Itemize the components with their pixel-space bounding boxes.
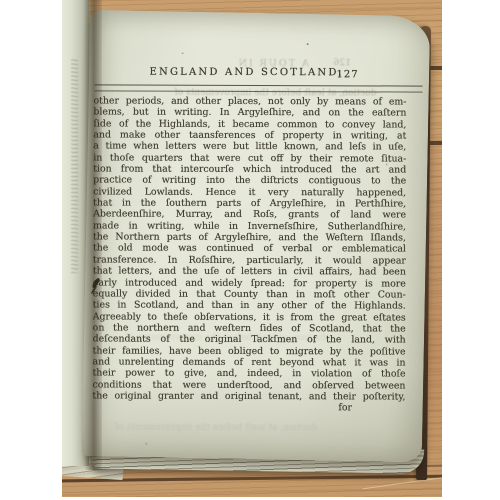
bleedthrough-line: duction, at leaſt before the improvement…: [115, 423, 317, 434]
body-line: practice of writing into the diſtricts c…: [93, 175, 406, 187]
ink-speck: [182, 53, 184, 54]
book-page: A TOUR IN 126 duction, at leaſt before t…: [82, 10, 430, 462]
body-line: blems, but in writing. In Argyleſhire, a…: [93, 107, 406, 119]
ink-speck: [307, 43, 309, 45]
double-rule: [95, 84, 423, 92]
body-line: the original granter and original tenant…: [92, 390, 405, 402]
body-line: that letters, and the uſe of letters in …: [93, 266, 406, 278]
running-title: ENGLAND AND SCOTLAND.: [147, 67, 347, 79]
body-line: Aberdeenſhire, Murray, and Roſs, grants …: [93, 209, 406, 221]
body-line: the old mode was continued of verbal or …: [93, 243, 406, 255]
page-number: 127: [337, 69, 359, 80]
body-line: early introduced and widely ſpread: for …: [93, 277, 406, 289]
book-gutter-shadow: [84, 0, 102, 470]
body-line: ties in Scotland, and than in any other …: [93, 300, 406, 312]
book-photo: A TOUR IN 126 duction, at leaſt before t…: [62, 0, 442, 497]
body-text: other periods, and other places, not onl…: [92, 95, 406, 414]
photo-canvas: A TOUR IN 126 duction, at leaſt before t…: [0, 0, 500, 500]
body-line: their power to give, and, indeed, in vio…: [92, 368, 405, 380]
body-line: their families, have been obliged to mig…: [93, 345, 406, 357]
body-line: deſcendants of the original Tackſmen of …: [93, 334, 406, 346]
left-page-type-smudge: [71, 58, 78, 273]
body-line: a time when letters were but little know…: [93, 141, 406, 153]
ink-speck: [145, 443, 147, 445]
body-line: Agreeably to theſe obſervations, it is f…: [93, 311, 406, 323]
page-surface: A TOUR IN 126 duction, at leaſt before t…: [85, 12, 427, 459]
catchword: for: [92, 402, 405, 415]
ink-speck: [386, 163, 387, 165]
wood-groove-mark: [428, 141, 442, 145]
